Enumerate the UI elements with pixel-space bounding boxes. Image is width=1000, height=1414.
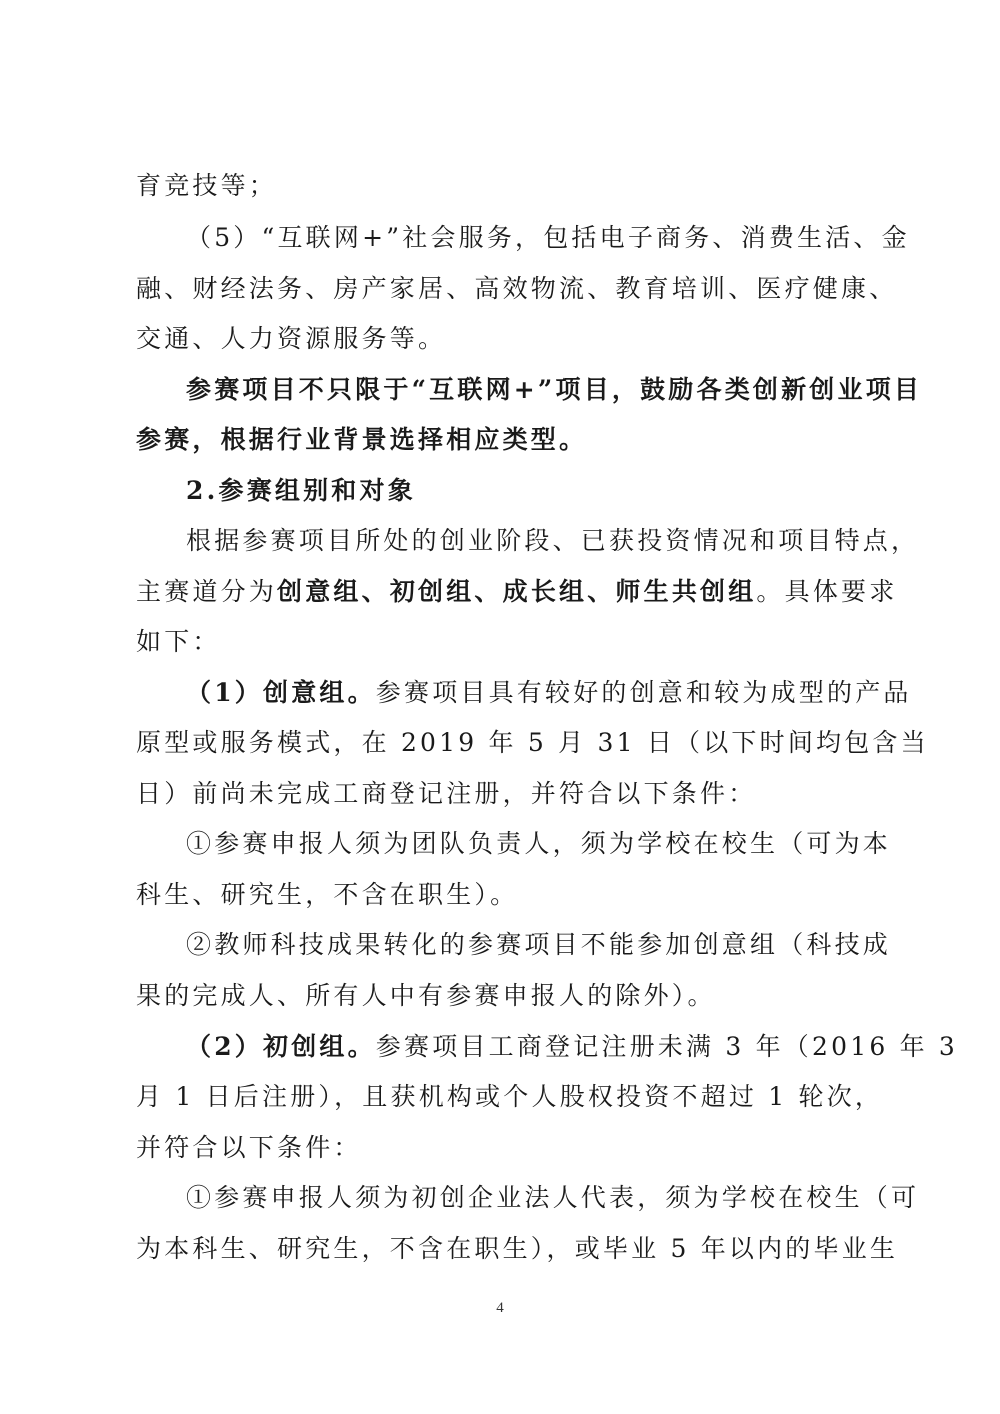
- subsection-line: （2）初创组。参赛项目工商登记注册未满 3 年（2016 年 3: [186, 1031, 864, 1063]
- paragraph-line: 为本科生、研究生，不含在职生），或毕业 5 年以内的毕业生: [136, 1233, 864, 1265]
- paragraph-line: 育竞技等；: [136, 170, 864, 202]
- subsection-label: （2）初创组。: [186, 1032, 376, 1061]
- paragraph-line: 主赛道分为创意组、初创组、成长组、师生共创组。具体要求: [136, 576, 864, 608]
- page-number: 4: [0, 1300, 1000, 1317]
- condition-line: ①参赛申报人须为团队负责人，须为学校在校生（可为本: [186, 828, 864, 860]
- list-item-5-line: （5）“互联网+”社会服务，包括电子商务、消费生活、金: [186, 222, 864, 254]
- paragraph-line: 原型或服务模式，在 2019 年 5 月 31 日（以下时间均包含当: [136, 727, 864, 759]
- paragraph-line: 月 1 日后注册），且获机构或个人股权投资不超过 1 轮次，: [136, 1081, 864, 1113]
- text-run: 参赛项目具有较好的创意和较为成型的产品: [376, 678, 912, 707]
- condition-line: ②教师科技成果转化的参赛项目不能参加创意组（科技成: [186, 929, 864, 961]
- emphasis-paragraph-line: 参赛，根据行业背景选择相应类型。: [136, 424, 864, 456]
- paragraph-line: 如下：: [136, 626, 864, 658]
- paragraph-line: 融、财经法务、房产家居、高效物流、教育培训、医疗健康、: [136, 273, 864, 305]
- paragraph-line: 科生、研究生，不含在职生）。: [136, 879, 864, 911]
- document-page: 育竞技等； （5）“互联网+”社会服务，包括电子商务、消费生活、金 融、财经法务…: [0, 0, 1000, 1414]
- bold-groups-text: 创意组、初创组、成长组、师生共创组: [277, 577, 756, 606]
- paragraph-line: 并符合以下条件：: [136, 1132, 864, 1164]
- text-run: 主赛道分为: [136, 577, 277, 606]
- paragraph-line: 果的完成人、所有人中有参赛申报人的除外）。: [136, 980, 864, 1012]
- condition-line: ①参赛申报人须为初创企业法人代表，须为学校在校生（可: [186, 1182, 864, 1214]
- section-heading: 2.参赛组别和对象: [186, 475, 864, 507]
- paragraph-line: 根据参赛项目所处的创业阶段、已获投资情况和项目特点，: [186, 525, 864, 557]
- subsection-line: （1）创意组。参赛项目具有较好的创意和较为成型的产品: [186, 677, 864, 709]
- emphasis-paragraph-line: 参赛项目不只限于“互联网+”项目，鼓励各类创新创业项目: [186, 374, 864, 406]
- paragraph-line: 日）前尚未完成工商登记注册，并符合以下条件：: [136, 778, 864, 810]
- subsection-label: （1）创意组。: [186, 678, 376, 707]
- text-run: 参赛项目工商登记注册未满 3 年（2016 年 3: [376, 1032, 958, 1061]
- text-run: 。具体要求: [756, 577, 897, 606]
- paragraph-line: 交通、人力资源服务等。: [136, 323, 864, 355]
